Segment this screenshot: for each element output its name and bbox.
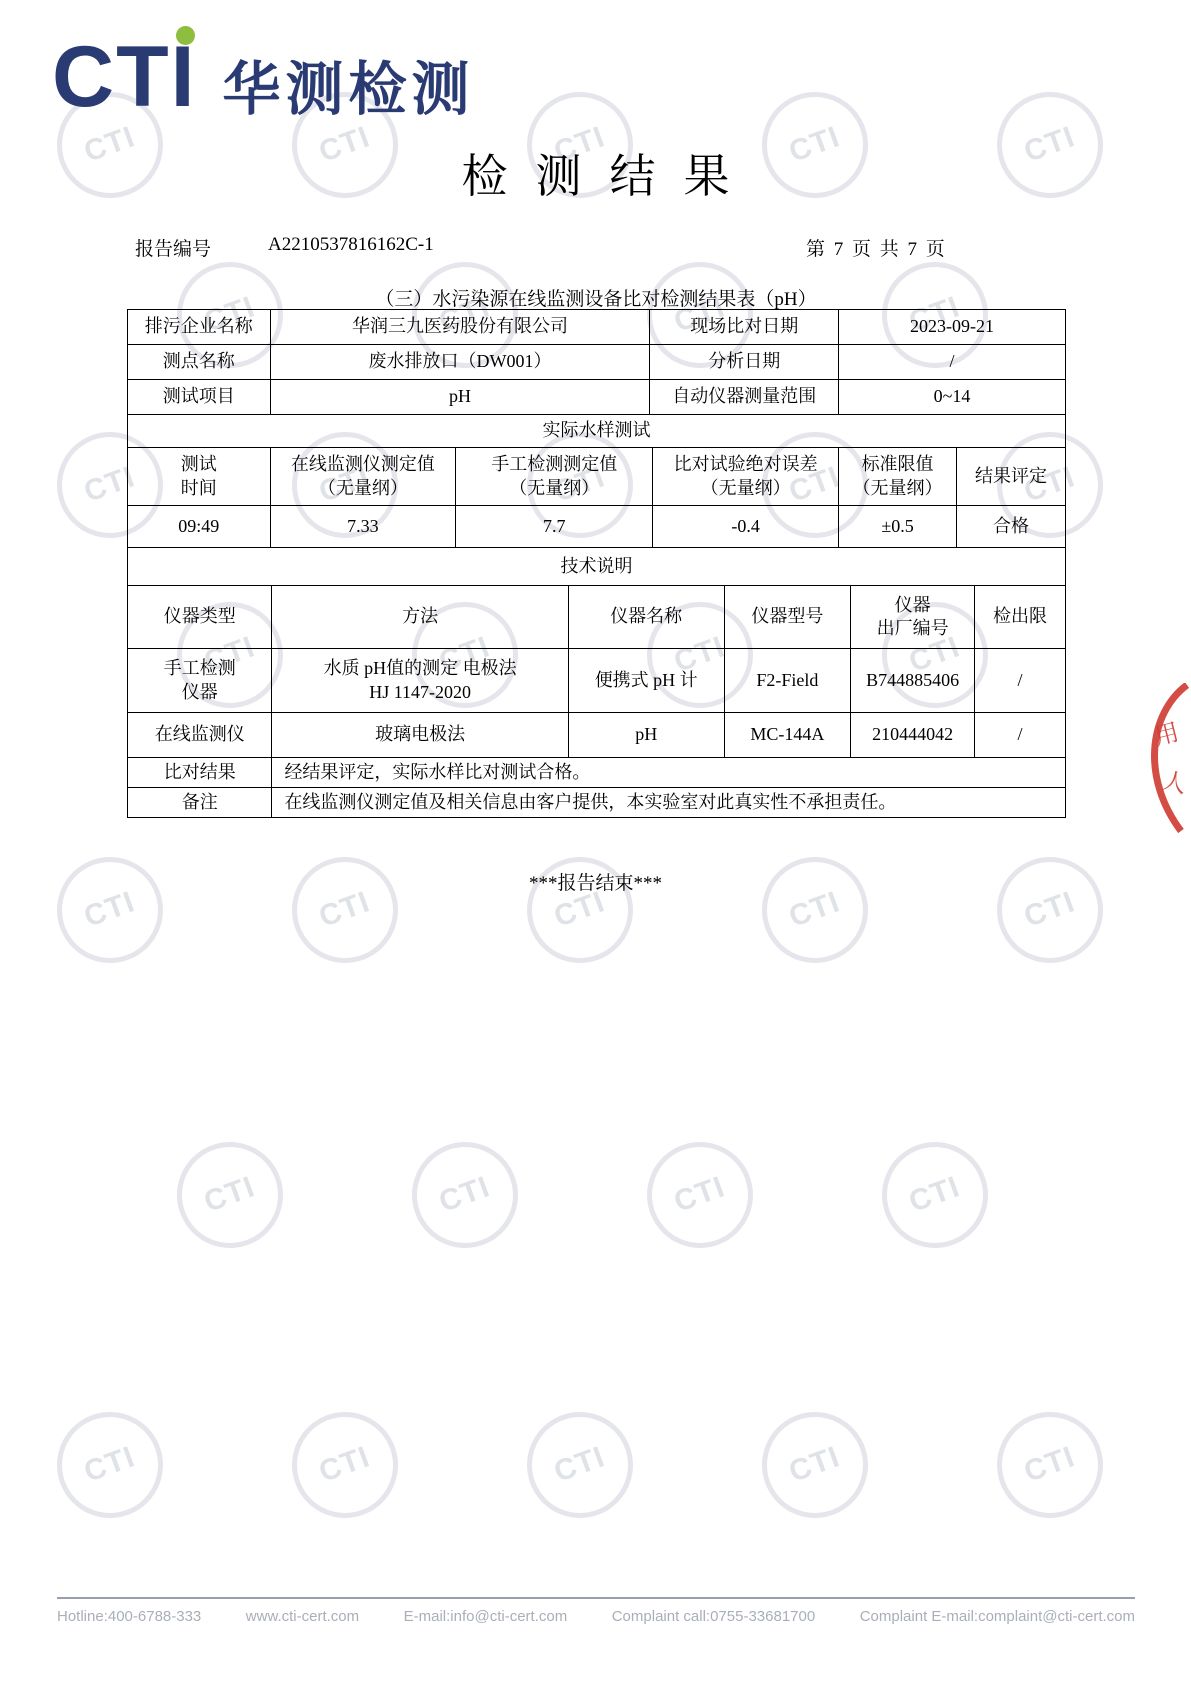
sample-header-row: 测试 时间 在线监测仪测定值 （无量纲） 手工检测测定值 （无量纲） 比对试验绝…	[128, 448, 1066, 506]
cti-watermark-icon: CTI	[882, 1142, 988, 1248]
table-row: 测点名称 废水排放口（DW001） 分析日期 /	[128, 345, 1066, 380]
company-value: 华润三九医药股份有限公司	[271, 310, 651, 345]
site-value: 废水排放口（DW001）	[271, 345, 651, 380]
cti-watermark-icon: CTI	[412, 1142, 518, 1248]
manual-detection-limit: /	[975, 649, 1066, 713]
col-header-limit: 标准限值 （无量纲）	[839, 448, 957, 506]
result-text: 经结果评定，实际水样比对测试合格。	[272, 758, 1066, 788]
col-header-detection-limit: 检出限	[975, 586, 1066, 649]
report-end-marker: ***报告结束***	[0, 868, 1191, 895]
result-row: 比对结果 经结果评定，实际水样比对测试合格。	[128, 758, 1066, 788]
report-no-label: 报告编号	[135, 234, 211, 261]
col-header-judgement: 结果评定	[957, 448, 1066, 506]
sample-manual-value: 7.7	[456, 506, 653, 548]
page-indicator: 第 7 页 共 7 页	[806, 234, 947, 261]
online-type: 在线监测仪	[128, 713, 272, 758]
sample-data-row: 09:49 7.33 7.7 -0.4 ±0.5 合格	[128, 506, 1066, 548]
cti-watermark-icon: CTI	[292, 1412, 398, 1518]
tech-header-row: 仪器类型 方法 仪器名称 仪器型号 仪器 出厂编号 检出限	[128, 586, 1066, 649]
range-value: 0~14	[839, 380, 1066, 415]
footer-divider	[57, 1597, 1135, 1599]
sample-limit: ±0.5	[839, 506, 957, 548]
red-stamp-partial: 用 人	[1121, 683, 1191, 833]
online-name: pH	[569, 713, 725, 758]
cti-watermark-icon: CTI	[647, 1142, 753, 1248]
manual-type: 手工检测 仪器	[128, 649, 272, 713]
footer-email: E-mail:info@cti-cert.com	[404, 1608, 568, 1625]
cti-watermark-icon: CTI	[997, 1412, 1103, 1518]
manual-serial: B744885406	[851, 649, 975, 713]
result-label: 比对结果	[128, 758, 272, 788]
tech-section-title: 技术说明	[128, 548, 1066, 586]
footer-contact-bar: Hotline:400-6788-333 www.cti-cert.com E-…	[57, 1608, 1135, 1625]
table-row: 测试项目 pH 自动仪器测量范围 0~14	[128, 380, 1066, 415]
cti-watermark-icon: CTI	[762, 1412, 868, 1518]
section-header-row: 实际水样测试	[128, 415, 1066, 448]
cti-watermark-icon: CTI	[57, 1412, 163, 1518]
online-model: MC-144A	[725, 713, 852, 758]
footer-hotline: Hotline:400-6788-333	[57, 1608, 201, 1625]
col-header-model: 仪器型号	[725, 586, 852, 649]
manual-name: 便携式 pH 计	[569, 649, 725, 713]
cti-logo-letters: CTI	[52, 29, 197, 125]
table-caption: （三）水污染源在线监测设备比对检测结果表（pH）	[127, 284, 1065, 311]
stamp-char-2: 人	[1160, 768, 1189, 798]
col-header-time: 测试 时间	[128, 448, 271, 506]
document-title: 检测结果	[0, 140, 1191, 206]
cti-logo-text: CTI	[52, 34, 197, 120]
sample-time: 09:49	[128, 506, 271, 548]
footer-complaint-email: Complaint E-mail:complaint@cti-cert.com	[860, 1608, 1135, 1625]
note-label: 备注	[128, 788, 272, 818]
stamp-char-1: 用	[1152, 720, 1182, 751]
sample-section-title: 实际水样测试	[128, 415, 1066, 448]
col-header-method: 方法	[272, 586, 568, 649]
analysis-date-label: 分析日期	[650, 345, 839, 380]
analysis-date-value: /	[839, 345, 1066, 380]
sample-abs-error: -0.4	[653, 506, 839, 548]
online-serial: 210444042	[851, 713, 975, 758]
tech-row-manual: 手工检测 仪器 水质 pH值的测定 电极法 HJ 1147-2020 便携式 p…	[128, 649, 1066, 713]
sample-online-value: 7.33	[271, 506, 457, 548]
compare-date-label: 现场比对日期	[650, 310, 839, 345]
item-label: 测试项目	[128, 380, 271, 415]
results-table: 排污企业名称 华润三九医药股份有限公司 现场比对日期 2023-09-21 测点…	[127, 309, 1066, 818]
company-label: 排污企业名称	[128, 310, 271, 345]
col-header-abs-error: 比对试验绝对误差 （无量纲）	[653, 448, 839, 506]
report-page: CTICTICTICTICTICTICTICTICTICTICTICTICTIC…	[0, 0, 1191, 1684]
online-detection-limit: /	[975, 713, 1066, 758]
note-text: 在线监测仪测定值及相关信息由客户提供，本实验室对此真实性不承担责任。	[272, 788, 1066, 818]
compare-date-value: 2023-09-21	[839, 310, 1066, 345]
col-header-manual-value: 手工检测测定值 （无量纲）	[456, 448, 653, 506]
footer-complaint-call: Complaint call:0755-33681700	[612, 1608, 815, 1625]
cti-watermark-icon: CTI	[177, 1142, 283, 1248]
sample-judgement: 合格	[957, 506, 1066, 548]
col-header-instrument-type: 仪器类型	[128, 586, 272, 649]
footer-website: www.cti-cert.com	[246, 1608, 359, 1625]
site-label: 测点名称	[128, 345, 271, 380]
cti-watermark-icon: CTI	[527, 1412, 633, 1518]
manual-method: 水质 pH值的测定 电极法 HJ 1147-2020	[272, 649, 568, 713]
col-header-instrument-name: 仪器名称	[569, 586, 725, 649]
item-value: pH	[271, 380, 651, 415]
cti-logo-chinese: 华测检测	[223, 42, 475, 126]
cti-logo-green-dot-icon	[176, 26, 195, 45]
section-header-row: 技术说明	[128, 548, 1066, 586]
col-header-online-value: 在线监测仪测定值 （无量纲）	[271, 448, 457, 506]
report-no-value: A2210537816162C-1	[268, 234, 434, 256]
cti-logo: CTI 华测检测	[52, 28, 475, 126]
online-method: 玻璃电极法	[272, 713, 568, 758]
note-row: 备注 在线监测仪测定值及相关信息由客户提供，本实验室对此真实性不承担责任。	[128, 788, 1066, 818]
tech-row-online: 在线监测仪 玻璃电极法 pH MC-144A 210444042 /	[128, 713, 1066, 758]
table-row: 排污企业名称 华润三九医药股份有限公司 现场比对日期 2023-09-21	[128, 310, 1066, 345]
range-label: 自动仪器测量范围	[650, 380, 839, 415]
manual-model: F2-Field	[725, 649, 852, 713]
col-header-serial: 仪器 出厂编号	[851, 586, 975, 649]
